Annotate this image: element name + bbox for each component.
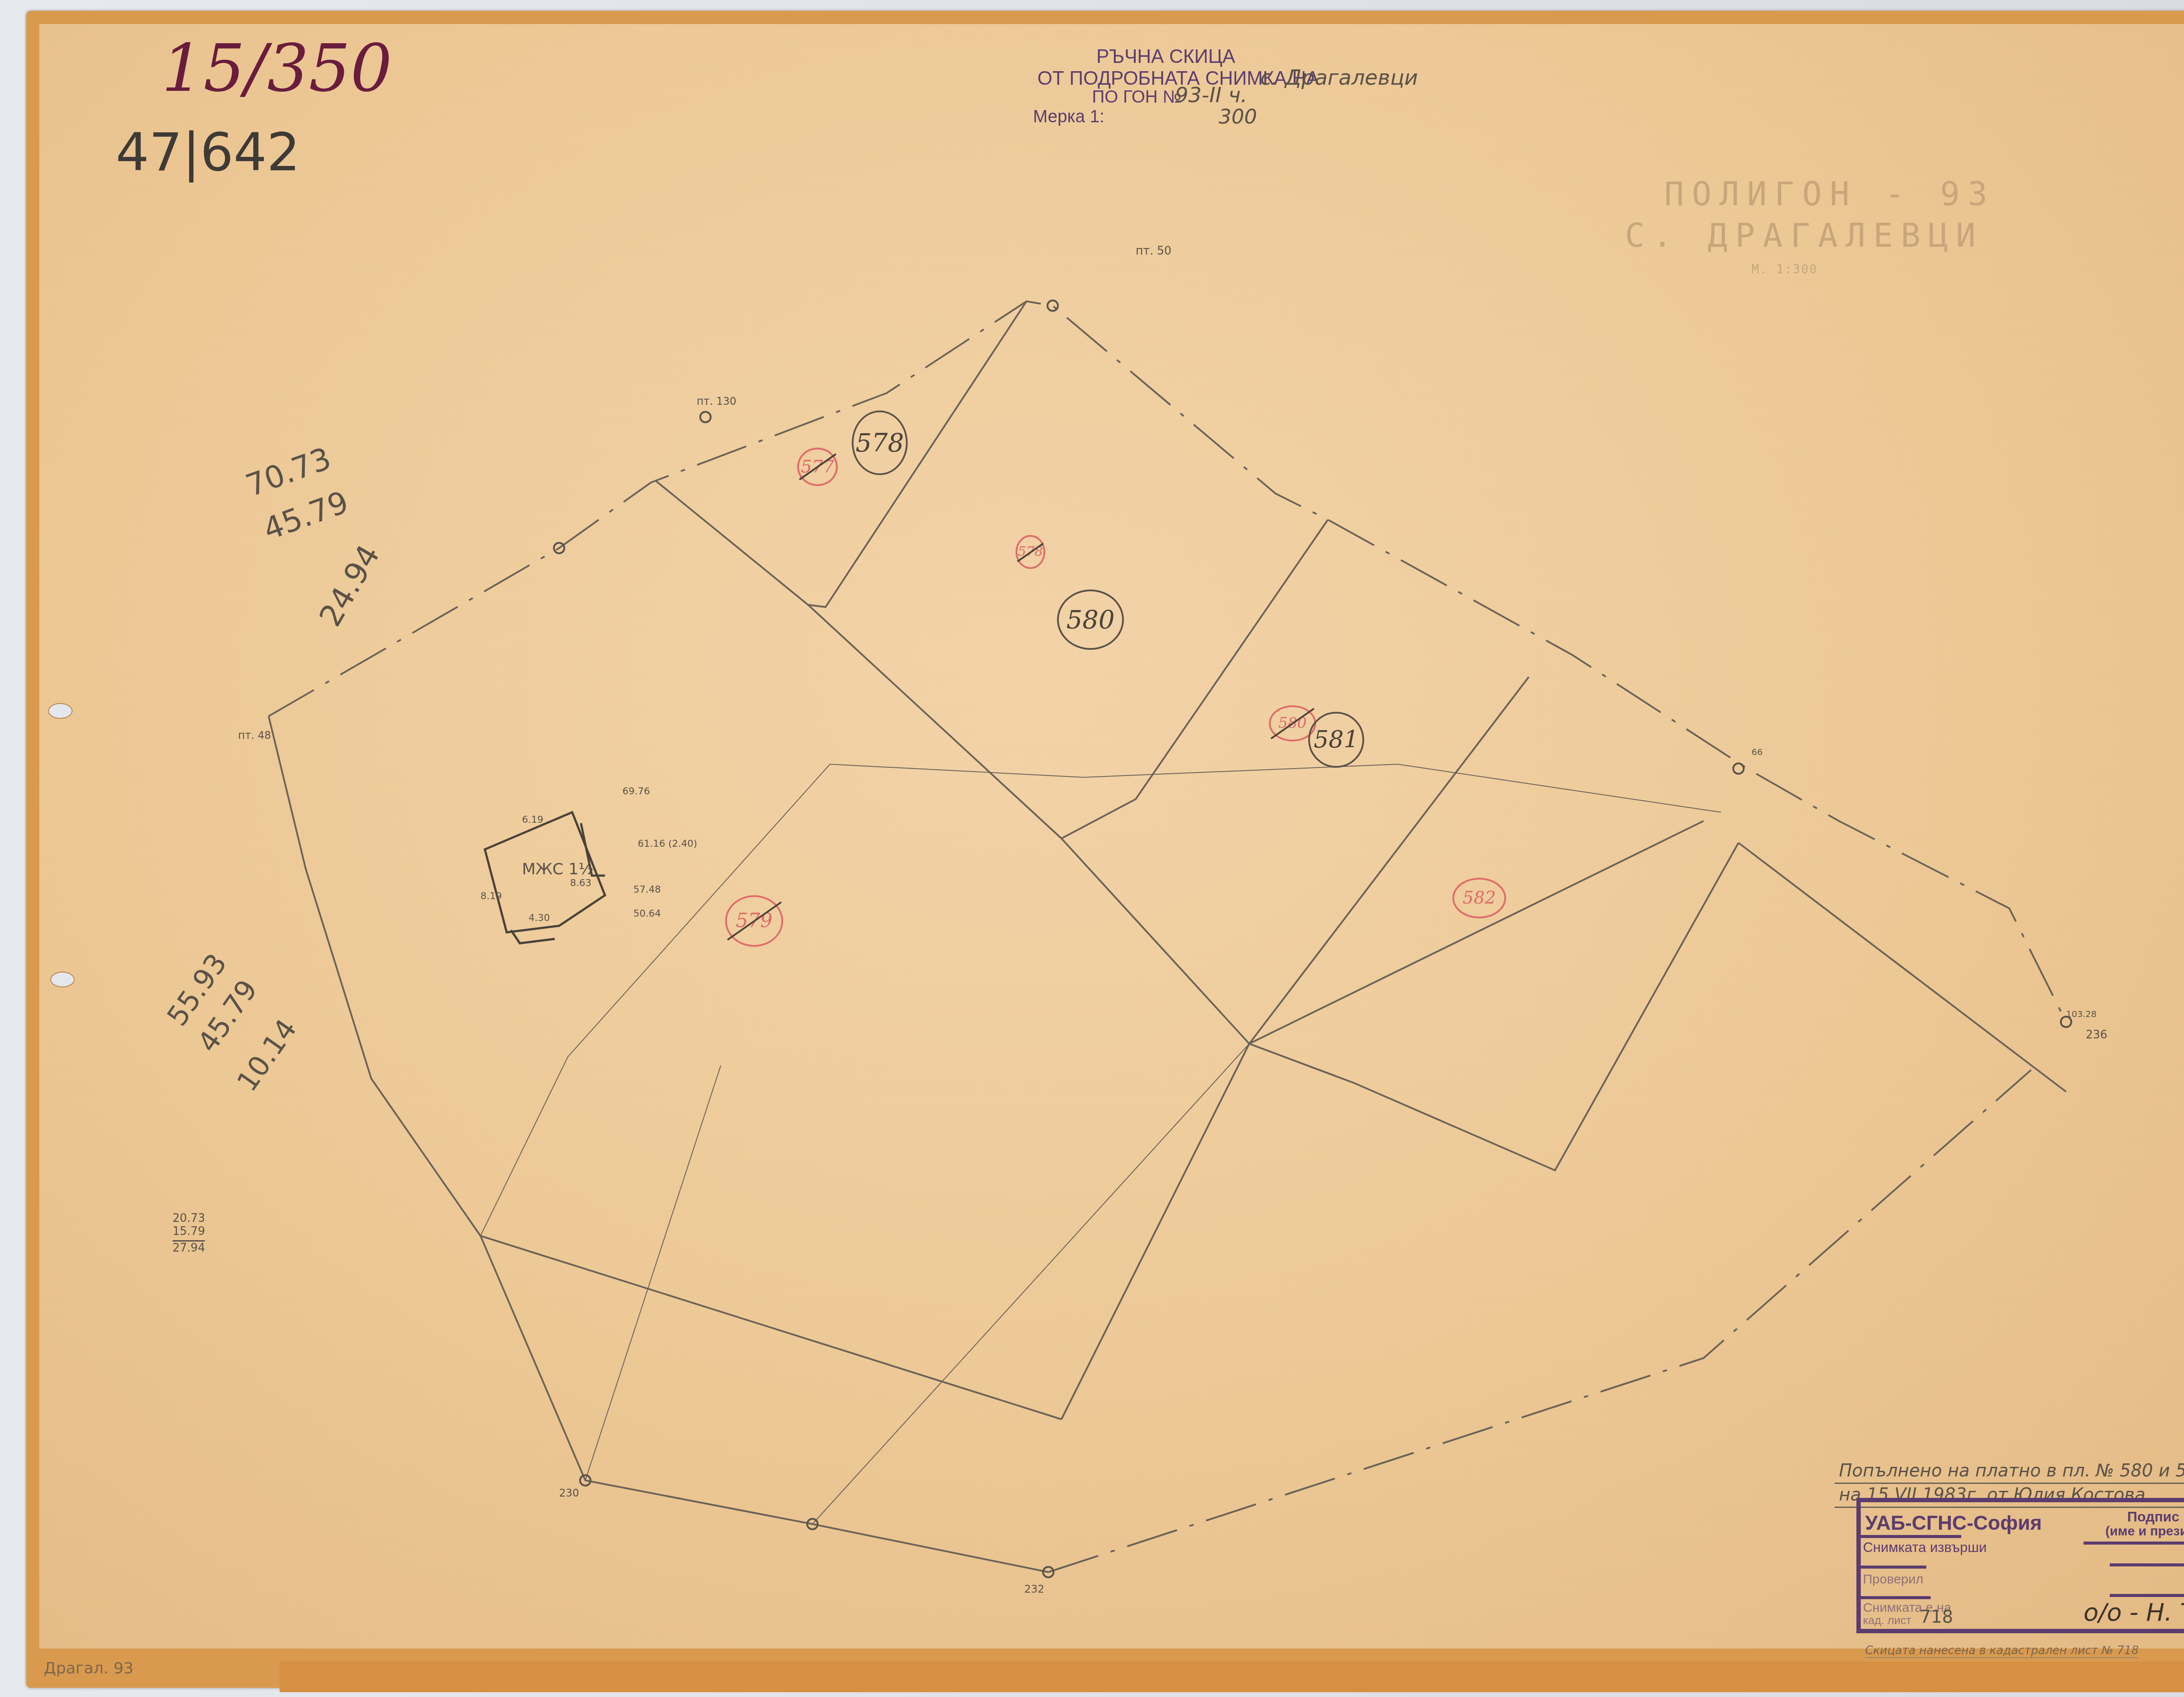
stamp-row-label: кад. лист (1863, 1614, 1911, 1627)
stamp-divider (2084, 1542, 2184, 1545)
stamp-divider (2110, 1594, 2184, 1597)
stamp-line-title: РЪЧНА СКИЦА (1096, 46, 1235, 68)
parcel-label-red: 577 (797, 448, 838, 486)
footer-note: Скицата нанесена в кадастрален лист № 71… (1865, 1644, 2139, 1658)
building-offset: 61.16 (2.40) (638, 838, 697, 849)
building-label: МЖС 1½ (522, 860, 594, 878)
stamp-row-label: Снимката извърши (1863, 1539, 1987, 1556)
stamp-row-label: Проверил (1863, 1572, 1923, 1587)
survey-point-label: пт. 130 (697, 395, 736, 407)
margin-calc-line: 15.79 (173, 1225, 205, 1238)
survey-point-label: 66 (1752, 747, 1762, 757)
stamp-line-scale-label: Мерка 1: (1033, 107, 1104, 127)
parcel-label-red: 582 (1452, 878, 1506, 918)
annotation-line: Попълнено на платно в пл. № 580 и 582 (1839, 1461, 2184, 1481)
stamp-signature-header: Подпис (2127, 1509, 2179, 1525)
parcel-label-red: 579 (725, 895, 783, 947)
margin-calc-line: 20.73 (173, 1212, 205, 1225)
parcel-label: 578 (852, 410, 908, 475)
stamp-line-gon-label: ПО ГОН № (1092, 87, 1181, 107)
faint-title-line: С. ДРАГАЛЕВЦИ (1625, 216, 1984, 255)
survey-point-value: 103.28 (2066, 1009, 2097, 1019)
stamp-divider (2110, 1563, 2184, 1566)
building-dimension: 8.63 (570, 878, 591, 889)
stamp-divider (1861, 1535, 1961, 1538)
stamp-office-title: УАБ-СГНС-София (1865, 1511, 2042, 1535)
corner-label: Драгал. 93 (44, 1659, 134, 1677)
faint-title-scale: М. 1:300 (1752, 262, 1818, 276)
margin-calc-line: 27.94 (173, 1240, 205, 1255)
archive-number: 15/350 (162, 31, 392, 107)
building-offset: 57.48 (633, 884, 661, 895)
building-dimension: 6.19 (522, 814, 543, 825)
cadastral-sheet-number: 718 (1920, 1607, 1953, 1627)
building-offset: 69.76 (622, 786, 650, 797)
stamp-signature-subheader: (име и презиме) (2105, 1524, 2184, 1539)
archive-number-secondary: 47|642 (116, 122, 300, 183)
stamp-village-value: с. Драгалевци (1260, 66, 1418, 90)
stamp-signature: о/о - Н. Танков (2084, 1598, 2184, 1627)
parcel-label: 581 (1308, 712, 1364, 768)
survey-point-label: 232 (1024, 1583, 1044, 1595)
faint-title-line: ПОЛИГОН - 93 (1664, 175, 1995, 213)
survey-point-label: 236 (2086, 1028, 2108, 1042)
stamp-gon-value: 93-II ч. (1175, 83, 1248, 107)
parcel-label: 580 (1057, 590, 1124, 650)
survey-point-label: 230 (559, 1487, 579, 1499)
stamp-divider (1861, 1566, 1926, 1569)
annotation-underline (1835, 1483, 2184, 1484)
building-offset: 50.64 (633, 908, 661, 919)
survey-point-label: пт. 50 (1136, 245, 1171, 258)
building-dimension: 4.30 (529, 913, 550, 924)
stamp-scale-value: 300 (1219, 105, 1257, 128)
survey-point-label: пт. 48 (238, 729, 271, 742)
building-dimension: 8.19 (480, 891, 502, 902)
parcel-label-red: 578 (1016, 535, 1045, 569)
stamp-divider (1861, 1596, 1931, 1599)
